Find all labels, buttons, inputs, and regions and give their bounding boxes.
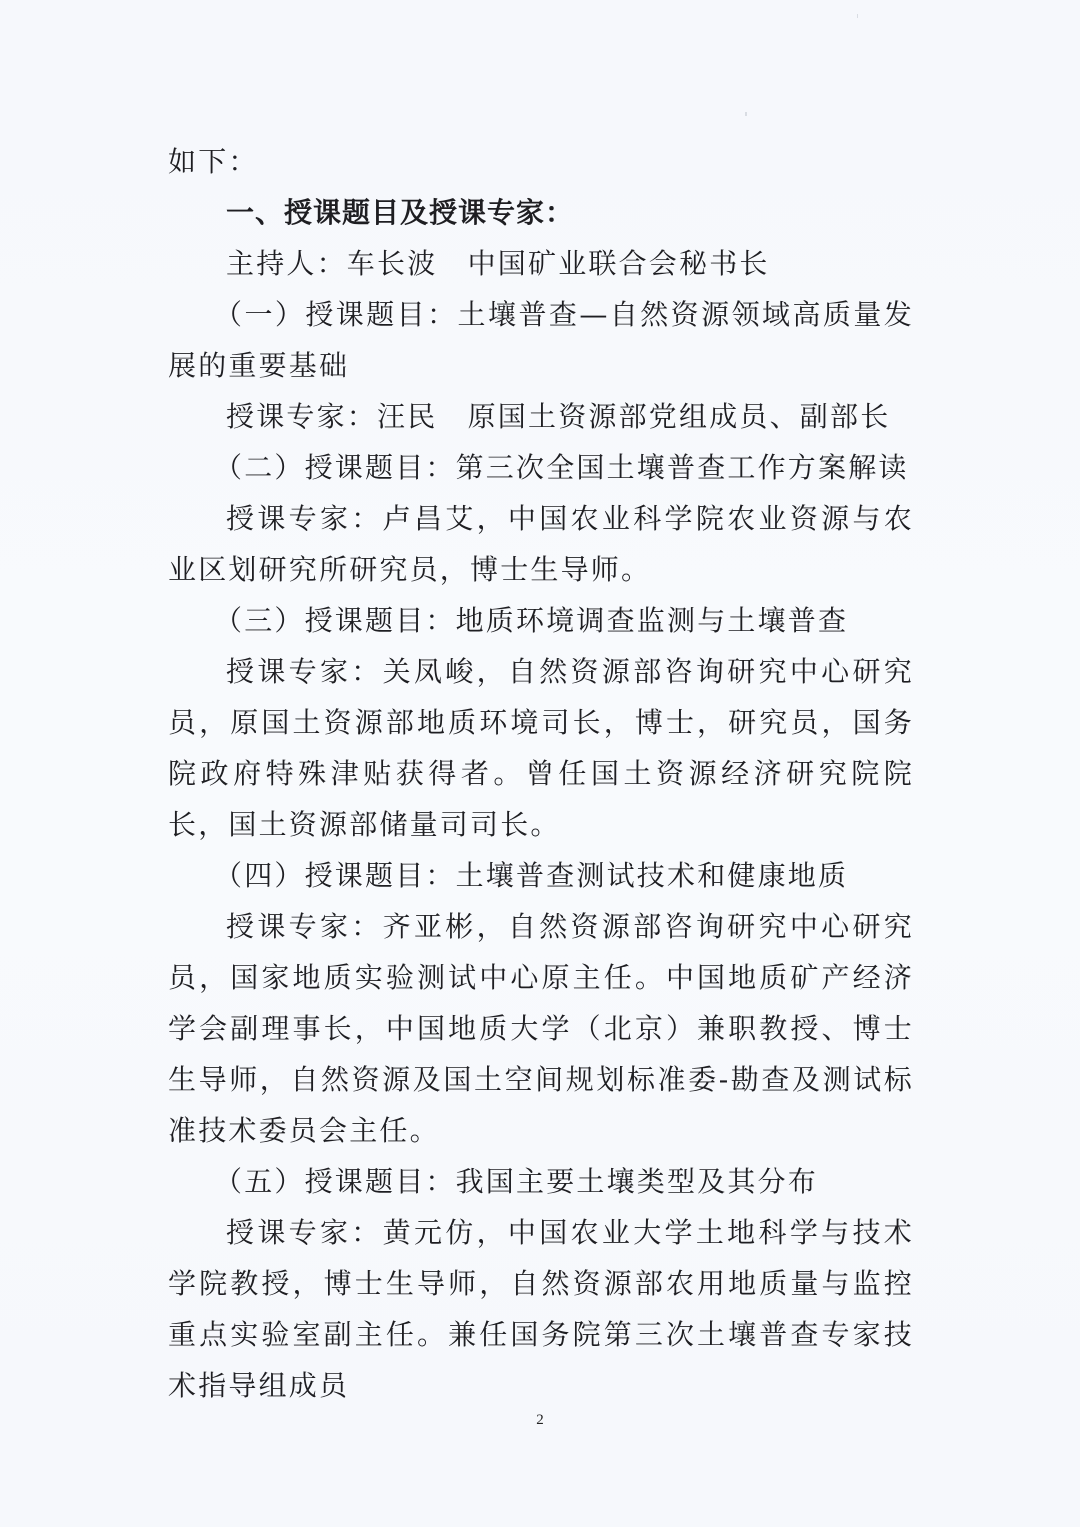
scan-speck [857,14,858,18]
lecture-1-topic: （一）授课题目：土壤普查—自然资源领域高质量发展的重要基础 [168,289,914,391]
lecture-4-topic: （四）授课题目：土壤普查测试技术和健康地质 [168,850,914,901]
lecture-2-expert: 授课专家：卢昌艾，中国农业科学院农业资源与农业区划研究所研究员，博士生导师。 [168,493,914,595]
intro-text: 如下： [168,136,914,187]
document-page: 如下： 一、授课题目及授课专家： 主持人：车长波 中国矿业联合会秘书长 （一）授… [0,0,1080,1527]
document-body: 如下： 一、授课题目及授课专家： 主持人：车长波 中国矿业联合会秘书长 （一）授… [168,136,914,1411]
scan-speck [745,112,747,116]
lecture-4-expert: 授课专家：齐亚彬，自然资源部咨询研究中心研究员，国家地质实验测试中心原主任。中国… [168,901,914,1156]
lecture-1-expert: 授课专家：汪民 原国土资源部党组成员、副部长 [168,391,914,442]
lecture-5-topic: （五）授课题目：我国主要土壤类型及其分布 [168,1156,914,1207]
lecture-2-topic: （二）授课题目：第三次全国土壤普查工作方案解读 [168,442,914,493]
lecture-3-expert: 授课专家：关凤峻，自然资源部咨询研究中心研究员，原国土资源部地质环境司长，博士，… [168,646,914,850]
host-line: 主持人：车长波 中国矿业联合会秘书长 [168,238,914,289]
section-heading: 一、授课题目及授课专家： [168,187,914,238]
lecture-5-expert: 授课专家：黄元仿，中国农业大学土地科学与技术学院教授，博士生导师，自然资源部农用… [168,1207,914,1411]
page-number: 2 [0,1412,1080,1429]
lecture-3-topic: （三）授课题目：地质环境调查监测与土壤普查 [168,595,914,646]
